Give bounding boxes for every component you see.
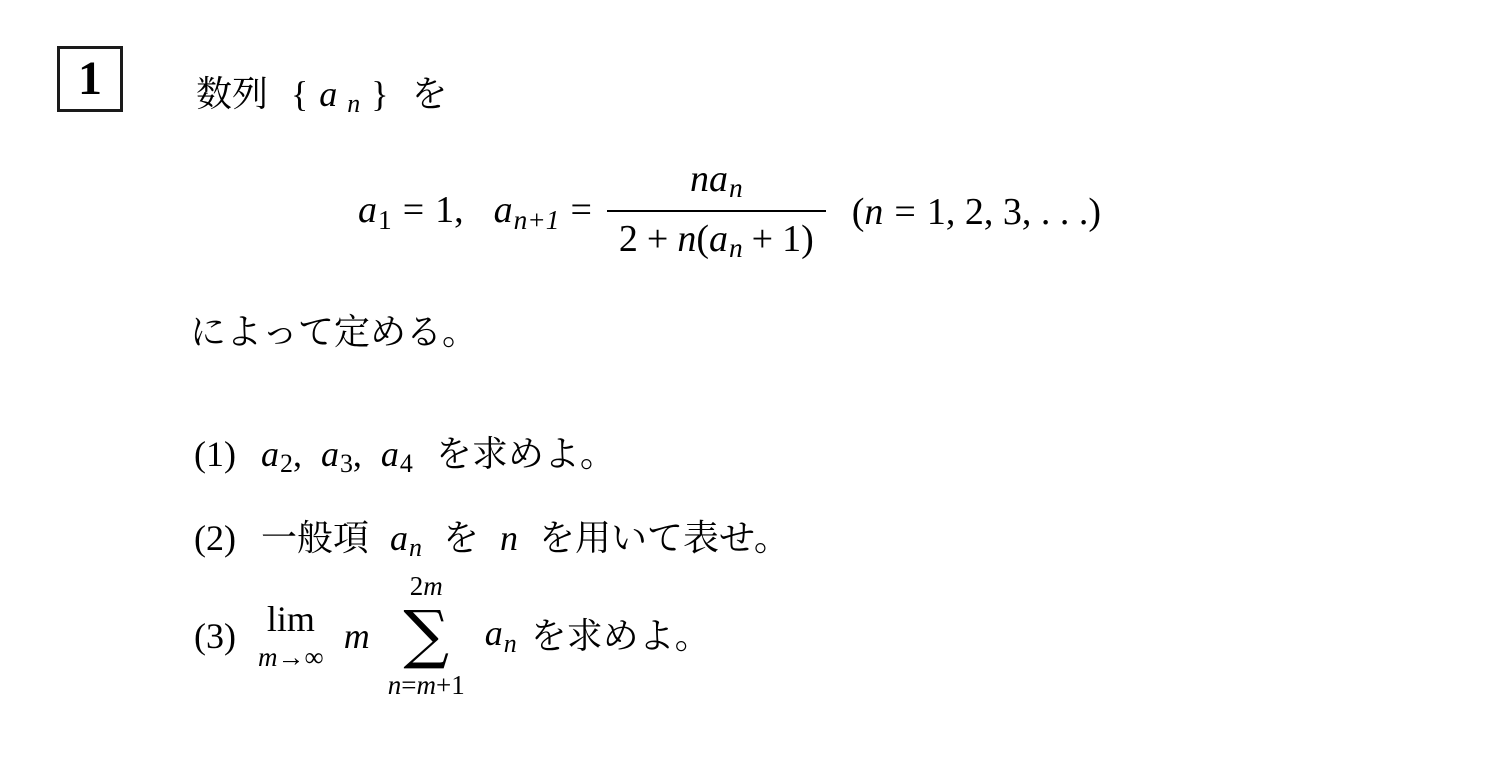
recurrence-equation: a1=1, an+1= nan 2+n(an+1) (n=1, 2, 3, . … <box>358 156 1101 268</box>
limit-operator: lim m→∞ <box>258 601 324 671</box>
question-1-suffix: を求めよ。 <box>436 434 616 474</box>
initial-value: 1, <box>435 189 464 231</box>
arrow-icon: → <box>277 642 304 672</box>
intro-text: 数列 <box>196 74 268 114</box>
upper-coefficient: 2 <box>410 571 424 601</box>
term-var: a <box>381 434 399 474</box>
equals-sign: = <box>401 670 416 700</box>
question-1-label: (1) <box>194 434 236 474</box>
math-problem-page: 1 数列 { a n } を a1=1, an+1= nan 2+n(an+1)… <box>0 0 1497 782</box>
open-paren: ( <box>852 191 865 233</box>
comma: , <box>293 434 302 474</box>
term-var: a <box>321 434 339 474</box>
question-2-label: (2) <box>194 518 236 558</box>
sigma-icon: ∑ <box>403 605 449 666</box>
defined-by-text: によって定める。 <box>190 308 478 356</box>
term-var: a <box>485 613 503 653</box>
term-subscript: n <box>504 629 517 658</box>
numerator-subscript: n <box>729 173 743 203</box>
close-brace: } <box>371 74 388 114</box>
term-a3: a3 <box>321 434 353 474</box>
particle-wo: を <box>443 518 479 558</box>
fraction: nan 2+n(an+1) <box>607 160 826 265</box>
condition-var: n <box>864 191 883 233</box>
equals-sign: = <box>403 189 424 231</box>
question-2-suffix: を用いて表せ。 <box>539 518 790 558</box>
close-paren: ) <box>1088 191 1101 233</box>
initial-condition: a1=1, <box>358 188 464 236</box>
upper-var: m <box>423 571 443 601</box>
open-brace: { <box>291 74 308 114</box>
variable-n: n <box>500 518 518 558</box>
lower-var: n <box>388 670 402 700</box>
problem-number: 1 <box>78 55 102 103</box>
problem-number-box: 1 <box>57 46 123 112</box>
lower-rhs-var: m <box>416 670 436 700</box>
term-an: an <box>485 615 517 656</box>
denominator-coefficient: n <box>677 218 696 260</box>
initial-var: a <box>358 189 377 231</box>
domain-condition: (n=1, 2, 3, . . .) <box>852 190 1101 234</box>
initial-var-subscript: 1 <box>378 205 392 235</box>
lower-rhs-tail: +1 <box>436 670 465 700</box>
intro-line: 数列 { a n } を <box>196 70 448 128</box>
sequence-variable: a <box>319 74 337 114</box>
lim-under-text: m→∞ <box>258 637 324 671</box>
question-1: (1) a2, a3, a4 を求めよ。 <box>194 430 616 488</box>
general-term-text: 一般項 <box>261 518 369 558</box>
open-paren: ( <box>696 218 709 260</box>
equals-sign: = <box>894 191 915 233</box>
recurrence-var-subscript: n+1 <box>514 205 560 235</box>
infinity-symbol: ∞ <box>304 642 323 672</box>
numerator-body: na <box>690 158 728 200</box>
term-var: a <box>261 434 279 474</box>
lim-text: lim <box>267 601 315 637</box>
denominator-var-subscript: n <box>729 233 743 263</box>
plus-sign: + <box>647 218 668 260</box>
term-subscript: n <box>409 533 422 562</box>
term-a4: a4 <box>381 434 413 474</box>
term-var: a <box>390 518 408 558</box>
fraction-numerator: nan <box>678 160 755 210</box>
question-2: (2) 一般項 an を n を用いて表せ。 <box>194 514 790 572</box>
term-subscript: 4 <box>400 449 413 478</box>
term-a2: a2 <box>261 434 293 474</box>
term-subscript: 3 <box>340 449 353 478</box>
denominator-constant: 2 <box>619 218 638 260</box>
sequence-variable-subscript: n <box>347 89 360 118</box>
sum-lower-limit: n=m+1 <box>388 665 465 699</box>
recurrence-var: a <box>494 189 513 231</box>
term-subscript: 2 <box>280 449 293 478</box>
fraction-denominator: 2+n(an+1) <box>607 210 826 265</box>
comma: , <box>353 434 362 474</box>
denominator-tail: 1) <box>782 218 814 260</box>
recurrence-lhs: an+1= <box>494 188 603 236</box>
lim-var: m <box>258 642 278 672</box>
multiplier-m: m <box>344 618 370 654</box>
question-3-suffix: を求めよ。 <box>531 618 711 654</box>
condition-values: 1, 2, 3, . . . <box>927 191 1089 233</box>
equals-sign: = <box>570 189 591 231</box>
summation-operator: 2m ∑ n=m+1 <box>388 573 465 700</box>
term-an: an <box>390 518 422 558</box>
intro-particle: を <box>412 74 448 114</box>
plus-sign: + <box>752 218 773 260</box>
question-3: (3) lim m→∞ m 2m ∑ n=m+1 an を求めよ。 <box>194 568 711 704</box>
question-3-label: (3) <box>194 618 236 654</box>
denominator-var: a <box>709 218 728 260</box>
